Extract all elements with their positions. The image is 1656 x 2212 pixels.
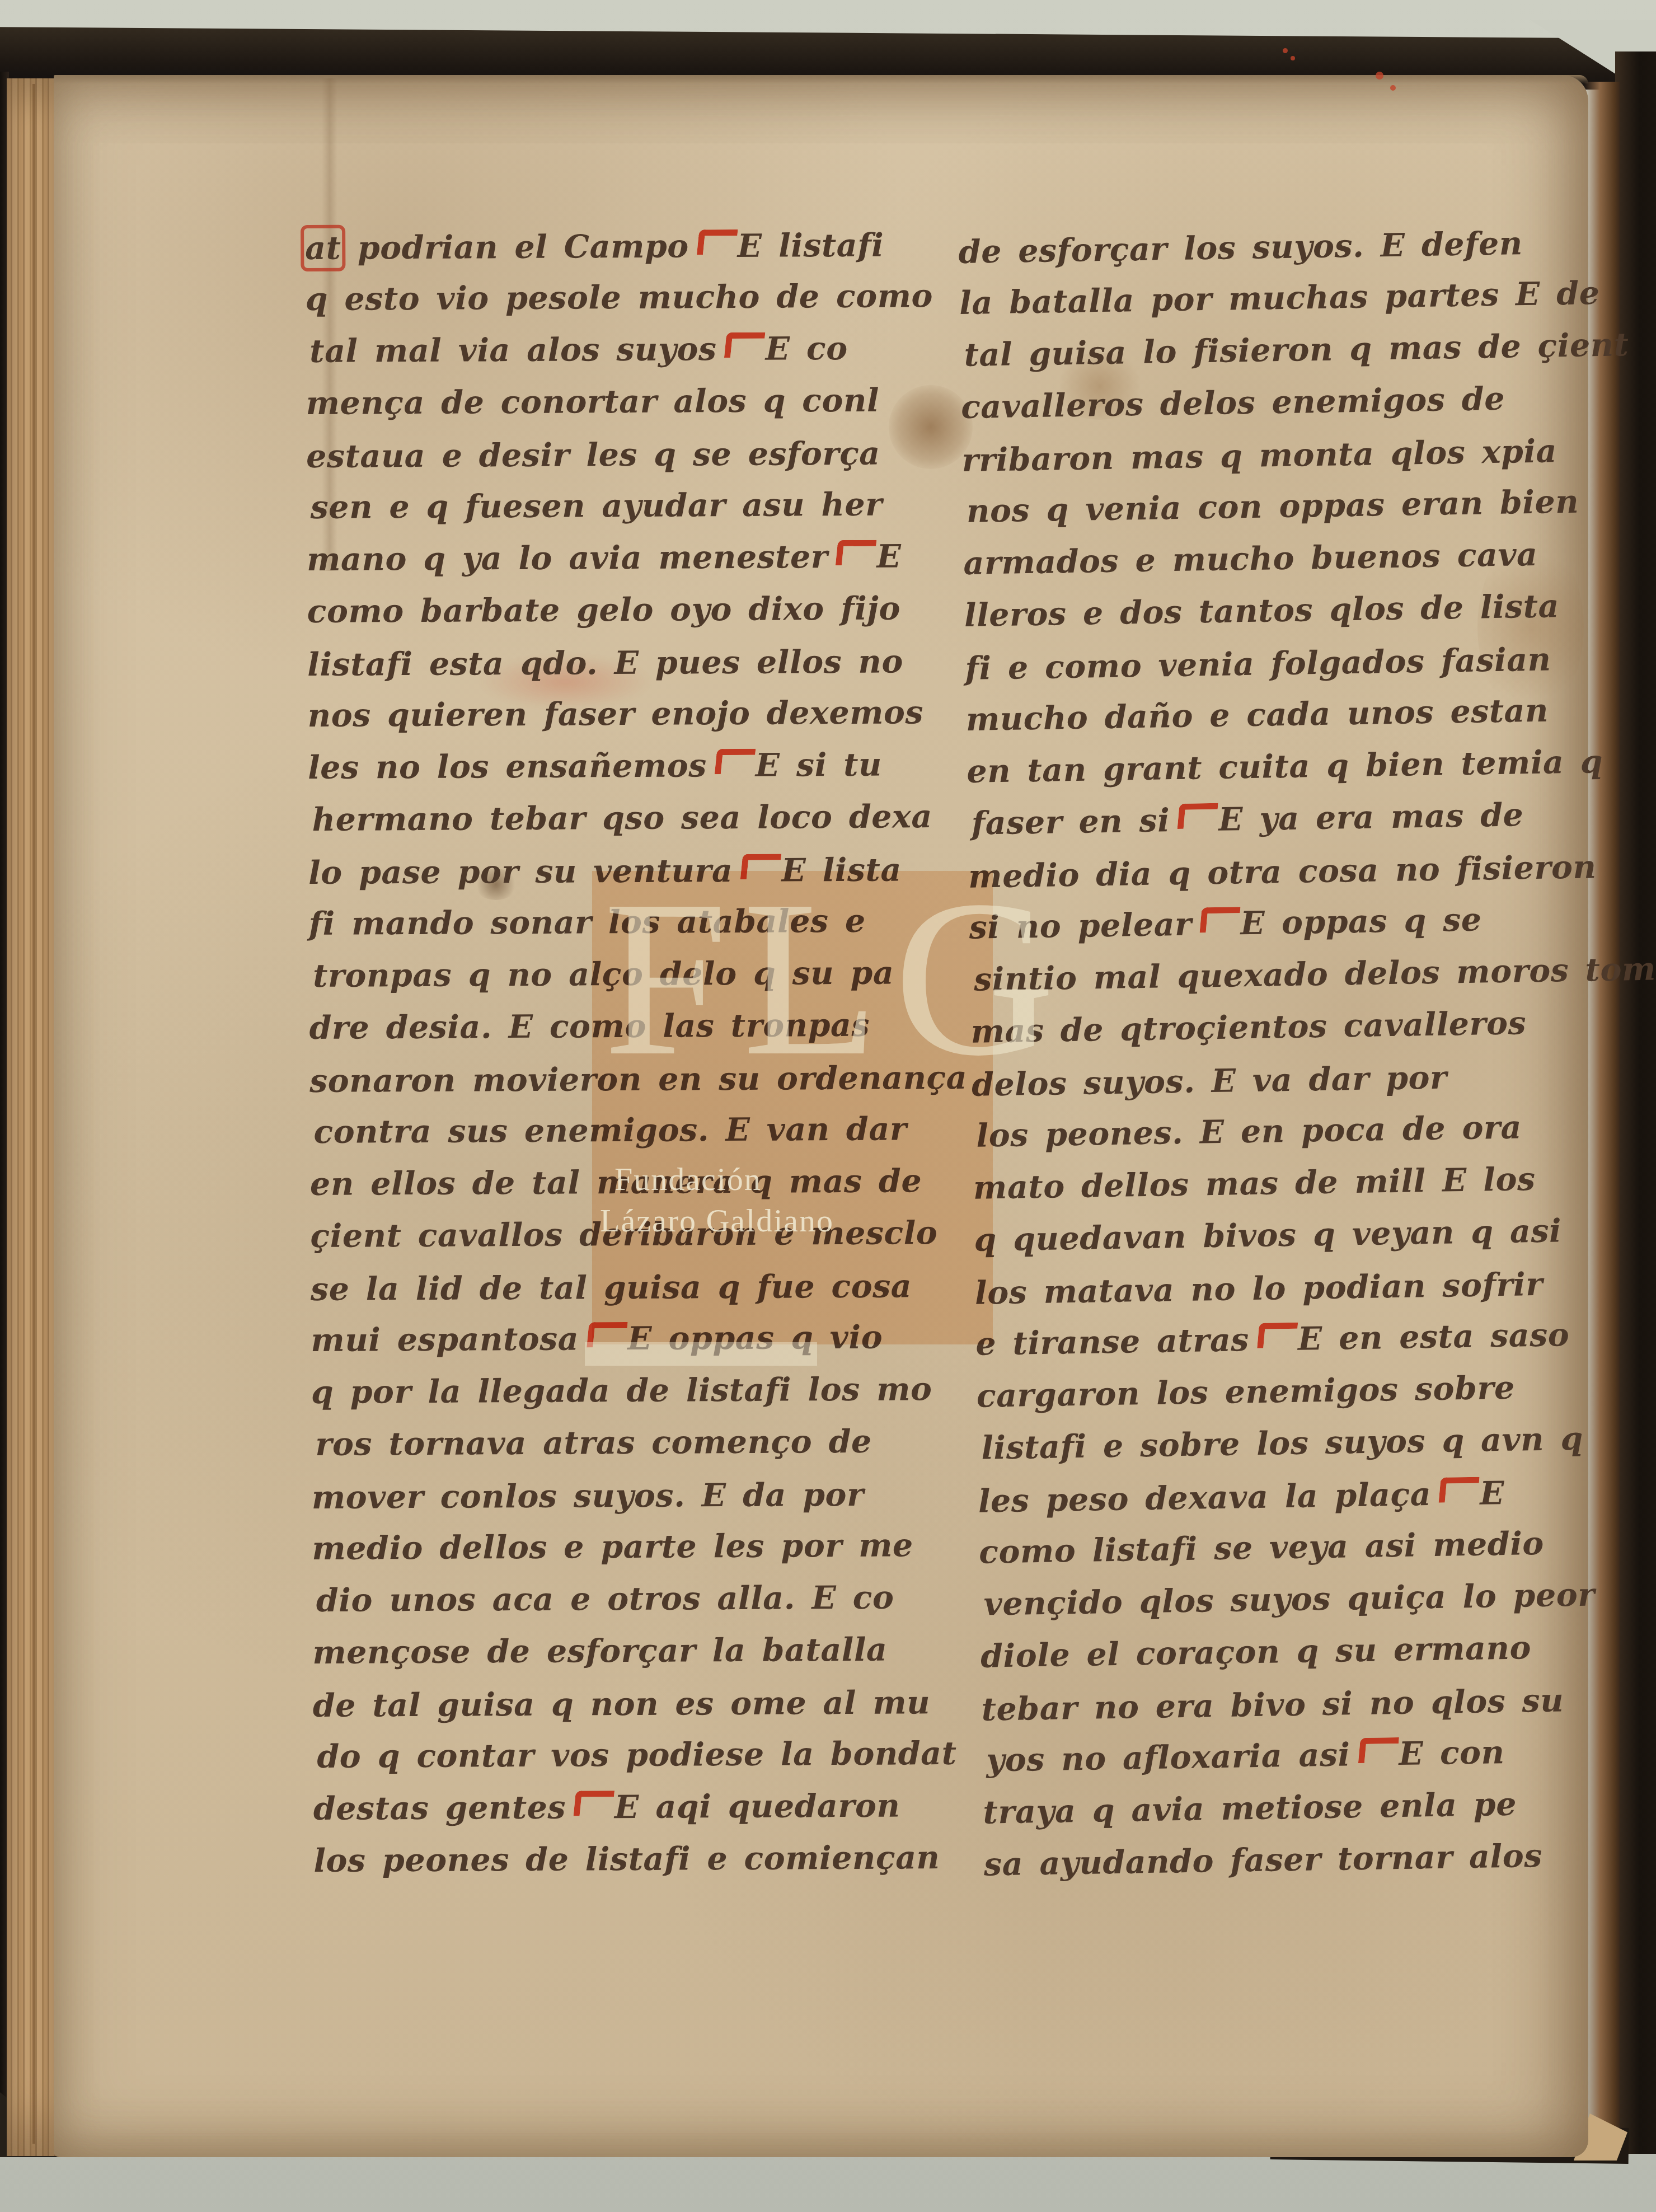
manuscript-line: yos no afloxaria asiE con xyxy=(986,1723,1656,1787)
text-run: listafi e sobre los suyos q avn q xyxy=(981,1420,1583,1467)
manuscript-line: los peones de listafi e comiençan xyxy=(313,1831,972,1887)
manuscript-line: de tal guisa q non es ome al mu xyxy=(313,1676,971,1732)
calderon-rubric-mark xyxy=(836,540,876,565)
text-run: mover conlos suyos. E da por xyxy=(312,1476,864,1516)
watermark-name-line1: Fundación xyxy=(614,1163,762,1196)
calderon-rubric-mark xyxy=(714,749,755,774)
text-run: como barbate gelo oyo dixo fijo xyxy=(307,589,900,630)
page-top-edge xyxy=(54,75,1588,84)
manuscript-line: q esto vio pesole mucho de como xyxy=(305,270,963,325)
manuscript-line: mença de conortar alos q conl xyxy=(306,374,964,429)
manuscript-line: sen e q fuesen ayudar asu her xyxy=(310,478,968,533)
red-ink-dot xyxy=(1291,56,1295,60)
text-run: tebar no era bivo si no qlos su xyxy=(981,1681,1564,1728)
manuscript-line: mano q ya lo avia menesterE xyxy=(307,530,965,585)
manuscript-line: lleros e dos tantos qlos de lista xyxy=(964,578,1656,641)
text-run: E oppas q se xyxy=(1240,901,1482,942)
text-run: mença de conortar alos q conl xyxy=(306,382,880,422)
text-run: E ya era mas de xyxy=(1218,796,1524,838)
red-ink-dot xyxy=(1390,85,1396,91)
manuscript-line: nos quieren faser enojo dexemos xyxy=(307,686,965,742)
text-run: en tan grant cuita q bien temia q xyxy=(967,743,1603,790)
text-run: les no los ensañemos xyxy=(308,747,707,786)
manuscript-line: dio unos aca e otros alla. E co xyxy=(316,1571,974,1627)
calderon-rubric-mark xyxy=(1178,803,1218,829)
manuscript-line: sintio mal quexado delos moros toma xyxy=(973,943,1656,1006)
manuscript-line: medio dia q otra cosa no fisieron xyxy=(968,840,1656,903)
text-run: rribaron mas q monta qlos xpia xyxy=(961,432,1557,479)
manuscript-line: nos q venia con oppas eran bien xyxy=(966,474,1656,537)
text-run: do q contar vos podiese la bondat xyxy=(317,1735,956,1775)
text-run: diole el coraçon q su ermano xyxy=(981,1629,1532,1675)
calderon-rubric-mark xyxy=(724,332,765,358)
text-run: E si tu xyxy=(756,746,883,784)
text-run: mano q ya lo avia menester xyxy=(307,538,828,578)
text-run: tal mal via alos suyos xyxy=(309,330,717,370)
text-run: dio unos aca e otros alla. E co xyxy=(316,1579,894,1619)
text-run: les peso dexava la plaça xyxy=(978,1475,1431,1520)
text-run: los matava no lo podian sofrir xyxy=(974,1266,1543,1312)
text-run: hermano tebar qso sea loco dexa xyxy=(312,798,932,838)
manuscript-line: mas de qtroçientos cavalleros xyxy=(970,995,1656,1058)
text-run: yos no afloxaria asi xyxy=(986,1736,1351,1779)
calderon-rubric-mark xyxy=(1358,1737,1399,1763)
text-run: medio dellos e parte les por me xyxy=(312,1526,913,1567)
text-run: nos quieren faser enojo dexemos xyxy=(307,693,923,734)
text-run: mucho daño e cada unos estan xyxy=(965,692,1549,738)
text-run: nos q venia con oppas eran bien xyxy=(967,483,1579,530)
manuscript-line: tal guisa lo fisieron q mas de çient xyxy=(964,318,1656,381)
red-ink-dot xyxy=(1376,72,1383,79)
text-run: q quedavan bivos q veyan q asi xyxy=(974,1212,1562,1258)
manuscript-line: sa ayudando faser tornar alos xyxy=(983,1827,1656,1891)
text-run: listafi esta qdo. E pues ellos no xyxy=(307,643,903,683)
text-run: podrian el Campo xyxy=(341,227,689,266)
text-run: fi e como venia folgados fasian xyxy=(965,640,1551,687)
text-run: armados e mucho buenos cava xyxy=(963,536,1538,582)
red-ink-dot xyxy=(1283,48,1288,53)
text-run: mui espantosa xyxy=(311,1320,579,1359)
manuscript-line: les peso dexava la plaçaE xyxy=(978,1464,1656,1527)
text-run: cavalleros delos enemigos de xyxy=(961,380,1505,426)
book-photo: { "watermark": { "letters": "FLG", "line… xyxy=(0,0,1656,2212)
manuscript-line: destas gentesE aqi quedaron xyxy=(313,1779,972,1835)
calderon-rubric-mark xyxy=(574,1791,614,1816)
manuscript-line: fi e como venia folgados fasian xyxy=(965,631,1656,695)
text-run: q por la llegada de listafi los mo xyxy=(311,1370,932,1411)
manuscript-line: estaua e desir les q se esforça xyxy=(306,427,964,482)
text-run: E xyxy=(1480,1474,1505,1512)
manuscript-line: at podrian el CampoE listafi xyxy=(305,219,963,274)
watermark-name-line2: Lázaro Galdiano xyxy=(600,1205,834,1237)
text-run: cargaron los enemigos sobre xyxy=(976,1369,1515,1415)
manuscript-line: como barbate gelo oyo dixo fijo xyxy=(307,582,965,638)
manuscript-line: de esforçar los suyos. E defen xyxy=(958,215,1656,278)
manuscript-line: hermano tebar qso sea loco dexa xyxy=(312,790,970,846)
text-run: sa ayudando faser tornar alos xyxy=(983,1837,1542,1883)
text-run: e tiranse atras xyxy=(975,1321,1250,1363)
text-run: E xyxy=(876,537,901,575)
manuscript-line: mover conlos suyos. E da por xyxy=(312,1468,970,1524)
calderon-rubric-mark xyxy=(1257,1323,1298,1348)
text-run: faser en si xyxy=(971,802,1170,842)
manuscript-line: listafi esta qdo. E pues ellos no xyxy=(307,635,965,691)
text-run: mato dellos mas de mill E los xyxy=(973,1160,1536,1207)
text-run: q esto vio pesole mucho de como xyxy=(306,277,933,318)
watermark-letters: FLG xyxy=(603,866,1070,1090)
text-run: E listafi xyxy=(738,227,884,265)
text-run: mençose de esforçar la batalla xyxy=(312,1631,887,1671)
text-run: de esforçar los suyos. E defen xyxy=(958,224,1523,271)
calderon-rubric-mark xyxy=(1439,1477,1480,1503)
manuscript-line: los matava no lo podian sofrir xyxy=(974,1256,1656,1319)
text-run: destas gentes xyxy=(313,1789,566,1827)
text-run: la batalla por muchas partes E de xyxy=(959,274,1600,322)
manuscript-line: vençido qlos suyos quiça lo peor xyxy=(983,1567,1656,1630)
text-run: vençido qlos suyos quiça lo peor xyxy=(983,1576,1595,1623)
manuscript-line: les no los ensañemosE si tu xyxy=(308,738,966,794)
text-run: E aqi quedaron xyxy=(614,1787,900,1826)
manuscript-line: q por la llegada de listafi los mo xyxy=(311,1363,969,1418)
manuscript-line: los peones. E en poca de ora xyxy=(976,1099,1656,1162)
text-run: lleros e dos tantos qlos de lista xyxy=(964,587,1559,634)
page-edge-stack-line xyxy=(32,84,35,2144)
manuscript-line: listafi e sobre los suyos q avn q xyxy=(981,1411,1656,1474)
text-run: E con xyxy=(1399,1733,1505,1773)
text-run: sen e q fuesen ayudar asu her xyxy=(311,486,883,526)
manuscript-line: ros tornava atras començo de xyxy=(315,1415,973,1470)
text-run: ros tornava atras començo de xyxy=(315,1423,872,1463)
manuscript-line: faser en siE ya era mas de xyxy=(971,786,1656,850)
manuscript-line: do q contar vos podiese la bondat xyxy=(317,1727,975,1783)
manuscript-line: q quedavan bivos q veyan q asi xyxy=(974,1203,1656,1266)
manuscript-line: tal mal via alos suyosE co xyxy=(309,322,968,377)
text-run: los peones de listafi e comiençan xyxy=(313,1839,940,1880)
calderon-rubric-mark xyxy=(696,229,737,255)
text-run: sintio mal quexado delos moros toma xyxy=(974,950,1656,999)
text-run: traya q avia metiose enla pe xyxy=(983,1785,1517,1831)
text-run: E co xyxy=(765,330,847,368)
text-run: at xyxy=(305,229,341,267)
manuscript-line: diole el coraçon q su ermano xyxy=(980,1619,1656,1683)
text-run: de tal guisa q non es ome al mu xyxy=(313,1684,931,1724)
manuscript-line: medio dellos e parte les por me xyxy=(312,1519,970,1574)
text-run: tal guisa lo fisieron q mas de çient xyxy=(964,326,1629,374)
manuscript-line: cavalleros delos enemigos de xyxy=(960,370,1656,433)
manuscript-line: mençose de esforçar la batalla xyxy=(312,1623,970,1679)
text-run: estaua e desir les q se esforça xyxy=(306,435,880,475)
watermark-tile-fragment xyxy=(585,1342,817,1366)
text-run: los peones. E en poca de ora xyxy=(976,1108,1522,1154)
text-run: E en esta saso xyxy=(1297,1316,1569,1358)
text-run: como listafi se veya asi medio xyxy=(979,1525,1545,1571)
calderon-rubric-mark xyxy=(1199,907,1240,932)
